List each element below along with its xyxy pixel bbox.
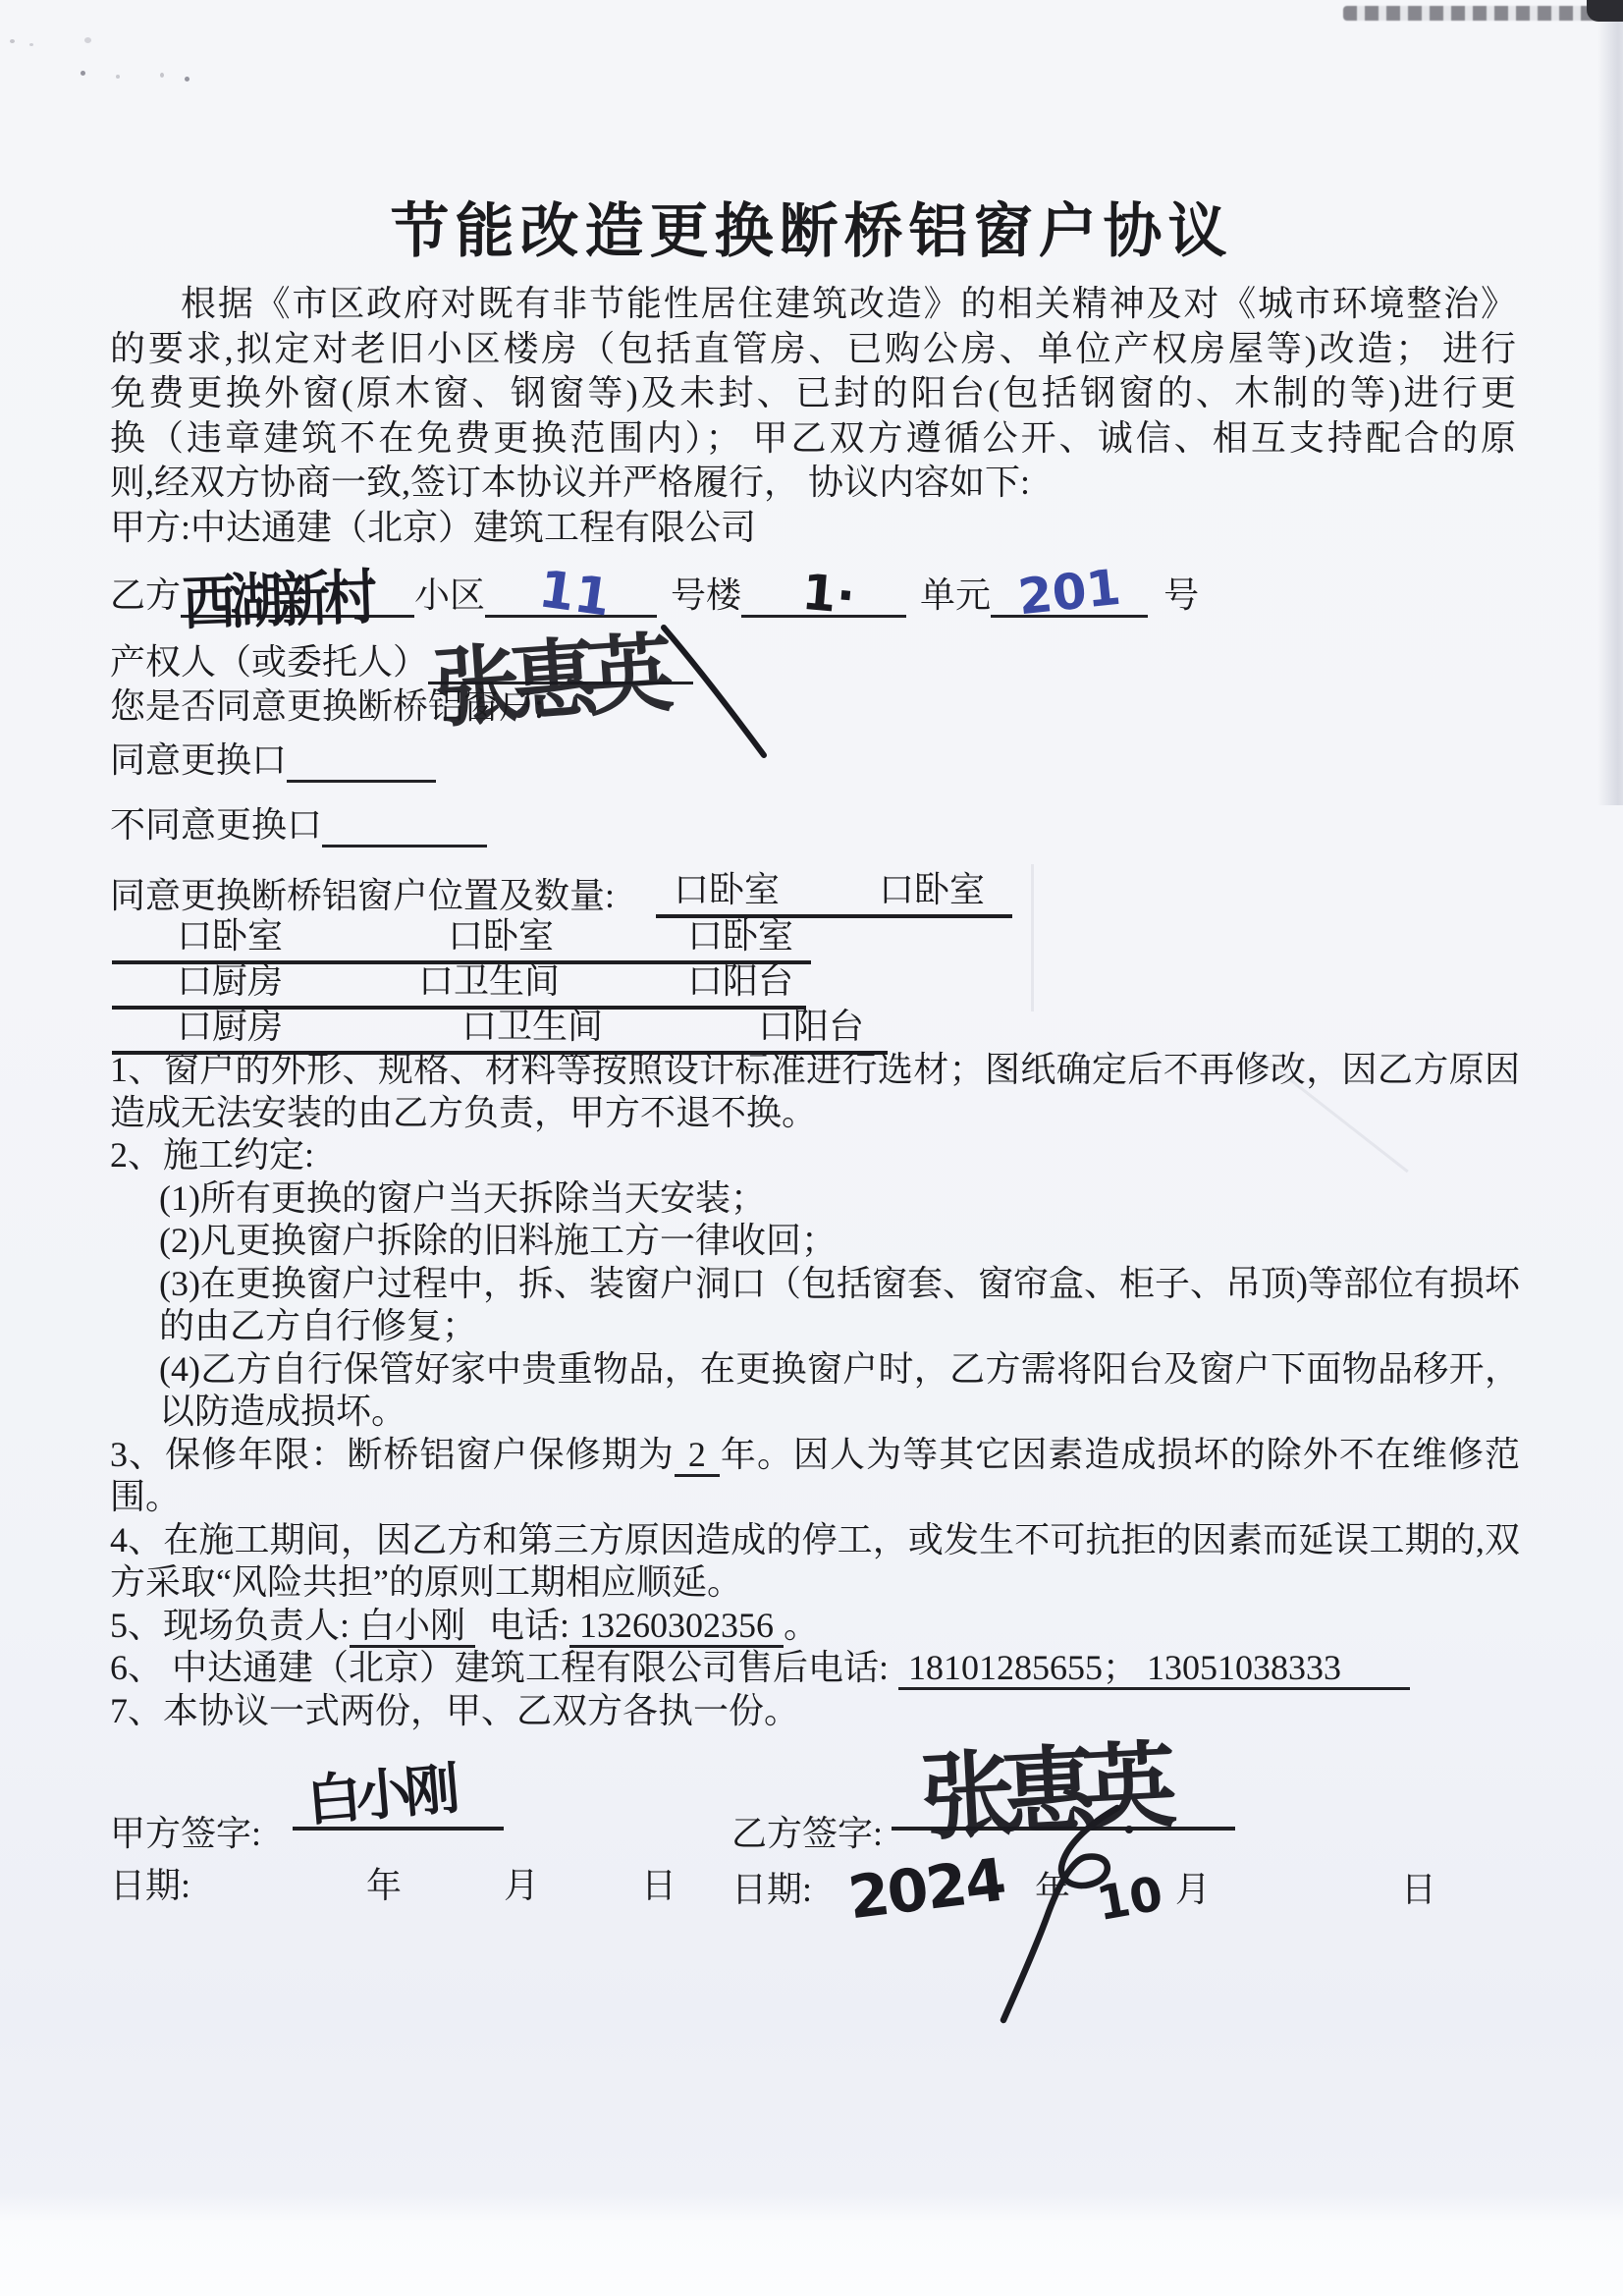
- site-manager-name: 白小刚: [350, 1606, 475, 1648]
- clause-2-item-4: (4)乙方自行保管好家中贵重物品，在更换窗户时，乙方需将阳台及窗户下面物品移开，…: [110, 1348, 1520, 1434]
- day-label: 日: [1401, 1870, 1436, 1909]
- disagree-option-line: 不同意更换口: [110, 803, 487, 847]
- clause-6: 6、 中达通建（北京）建筑工程有限公司售后电话:18101285655； 130…: [110, 1647, 1520, 1690]
- intro-line: 免费更换外窗(原木窗、钢窗等)及未封、已封的阳台(包括钢窗的、木制的等)进行更: [110, 371, 1516, 416]
- community-suffix: 小区: [414, 574, 485, 618]
- owner-signature-tail-stroke: [654, 623, 772, 760]
- scan-speck: [81, 71, 85, 76]
- clause-5-post: 。: [784, 1606, 819, 1645]
- owner-signature-blank: 张惠英: [428, 642, 693, 684]
- party-b-day-flourish-stroke: [1001, 1802, 1168, 2028]
- warranty-years-value: 2: [675, 1435, 720, 1477]
- disagree-option-label: 不同意更换口: [110, 803, 322, 847]
- intro-line: 换（违章建筑不在免费更换范围内）； 甲乙双方遵循公开、诚信、相互支持配合的原: [110, 416, 1516, 462]
- party-a-date-line: 日期: 年 月 日: [110, 1864, 676, 1908]
- party-a-signature-line: 白小刚: [293, 1779, 504, 1831]
- clause-2-item-3: (3)在更换窗户过程中，拆、装窗户洞口（包括窗套、窗帘盒、柜子、吊顶)等部位有损…: [110, 1263, 1520, 1348]
- community-blank: 西湖新村: [181, 575, 414, 618]
- clause-2-item-1: (1)所有更换的窗户当天拆除当天安装；: [110, 1177, 1520, 1221]
- location-checkbox-bathroom: 口卫生间: [418, 954, 560, 1004]
- clause-5-mid: 电话:: [489, 1606, 569, 1645]
- corner-scan-blob: [1587, 0, 1623, 22]
- building-suffix: 号楼: [671, 574, 741, 618]
- party-a-signature-label: 甲方签字:: [110, 1812, 261, 1856]
- owner-label: 产权人（或委托人）: [110, 640, 428, 684]
- year-label: 年: [366, 1866, 402, 1905]
- location-checkbox-bedroom: 口卧室: [879, 870, 985, 909]
- clause-2-header: 2、施工约定:: [110, 1134, 1520, 1177]
- location-checkbox-bedroom: 口卧室: [177, 908, 283, 958]
- scan-speck: [29, 43, 33, 46]
- disagree-blank: [322, 805, 487, 847]
- clause-5-pre: 5、现场负责人:: [110, 1606, 350, 1645]
- scan-speck: [160, 73, 164, 78]
- day-label: 日: [641, 1866, 676, 1905]
- document-title: 节能改造更换断桥铝窗户协议: [0, 185, 1623, 269]
- unit-number-handwriting: 1·: [800, 571, 857, 620]
- party-a-date-label: 日期:: [110, 1866, 190, 1905]
- party-b-year-handwriting: 2024: [846, 1858, 1006, 1921]
- month-label: 月: [504, 1866, 539, 1905]
- clause-3-pre: 3、保修年限：断桥铝窗户保修期为: [110, 1435, 675, 1474]
- scan-speck: [185, 77, 189, 82]
- scan-speck: [116, 75, 120, 79]
- clause-6-pre: 6、 中达通建（北京）建筑工程有限公司售后电话:: [110, 1648, 889, 1687]
- location-checkbox-kitchen: 口厨房: [177, 954, 283, 1004]
- location-checkbox-bedroom: 口卧室: [687, 908, 793, 958]
- party-a-line: 甲方:中达通建（北京）建筑工程有限公司: [110, 506, 1516, 551]
- party-b-label: 乙方: [110, 574, 181, 618]
- party-b-line: 乙方 西湖新村 小区 11 号楼 1· 单元 201 号: [110, 574, 1199, 618]
- unit-blank: 1·: [741, 575, 906, 618]
- site-manager-phone: 13260302356: [569, 1606, 784, 1648]
- clause-4: 4、在施工期间，因乙方和第三方原因造成的停工，或发生不可抗拒的因素而延误工期的,…: [110, 1519, 1520, 1605]
- scan-speck: [10, 39, 15, 43]
- location-checkbox-bathroom: 口卫生间: [461, 999, 603, 1049]
- location-checkbox-bedroom: 口卧室: [448, 908, 554, 958]
- intro-line: 的要求,拟定对老旧小区楼房（包括直管房、已购公房、单位产权房屋等)改造； 进行: [110, 327, 1516, 372]
- location-checkbox-bedroom: 口卧室: [674, 870, 780, 909]
- clauses-block: 1、窗户的外形、规格、材料等按照设计标准进行选材；图纸确定后不再修改，因乙方原因…: [110, 1049, 1520, 1732]
- paper-crease: [1031, 864, 1034, 1011]
- agree-option-label: 同意更换口: [110, 738, 287, 783]
- agree-option-line: 同意更换口: [110, 738, 436, 783]
- scan-speck: [84, 37, 91, 43]
- scanner-smudge: [1343, 6, 1600, 21]
- building-blank: 11: [485, 575, 657, 618]
- clause-1: 1、窗户的外形、规格、材料等按照设计标准进行选材；图纸确定后不再修改，因乙方原因…: [110, 1049, 1520, 1134]
- clause-7: 7、本协议一式两份，甲、乙双方各执一份。: [110, 1690, 1520, 1733]
- intro-line: 根据《市区政府对既有非节能性居住建筑改造》的相关精神及对《城市环境整治》: [110, 282, 1516, 327]
- intro-line: 则,经双方协商一致,签订本协议并严格履行， 协议内容如下:: [110, 461, 1516, 506]
- party-b-signature-label: 乙方签字:: [731, 1812, 883, 1856]
- party-b-date-label: 日期:: [731, 1870, 812, 1909]
- room-blank: 201: [991, 575, 1148, 618]
- clause-3: 3、保修年限：断桥铝窗户保修期为2年。因人为等其它因素造成损坏的除外不在维修范围…: [110, 1434, 1520, 1519]
- unit-suffix: 单元: [920, 574, 991, 618]
- month-label: 月: [1175, 1870, 1211, 1909]
- ink-dot: [1125, 1826, 1133, 1833]
- agree-blank: [287, 740, 436, 783]
- after-sales-phones: 18101285655； 13051038333: [898, 1648, 1410, 1690]
- building-number-handwriting: 11: [536, 568, 613, 622]
- location-checkbox-balcony: 口阳台: [687, 954, 793, 1004]
- clause-5: 5、现场负责人:白小刚电话:13260302356。: [110, 1605, 1520, 1648]
- scanned-agreement-page: 节能改造更换断桥铝窗户协议 根据《市区政府对既有非节能性居住建筑改造》的相关精神…: [0, 0, 1623, 2296]
- intro-paragraph: 根据《市区政府对既有非节能性居住建筑改造》的相关精神及对《城市环境整治》 的要求…: [110, 282, 1516, 550]
- room-number-handwriting: 201: [1016, 566, 1123, 621]
- page-edge-shadow: [1597, 0, 1623, 805]
- room-suffix: 号: [1163, 574, 1199, 618]
- community-handwriting: 西湖新村: [182, 573, 372, 629]
- party-a-signature-handwriting: 白小刚: [303, 1746, 457, 1837]
- location-checkbox-balcony: 口阳台: [758, 999, 864, 1049]
- location-row: 口厨房 口卫生间 口阳台: [112, 1006, 888, 1055]
- consent-question: 您是否同意更换断桥铝窗户:: [110, 684, 544, 729]
- location-checkbox-kitchen: 口厨房: [177, 999, 283, 1049]
- clause-2-item-2: (2)凡更换窗户拆除的旧料施工方一律收回；: [110, 1220, 1520, 1263]
- owner-line: 产权人（或委托人） 张惠英: [110, 640, 693, 684]
